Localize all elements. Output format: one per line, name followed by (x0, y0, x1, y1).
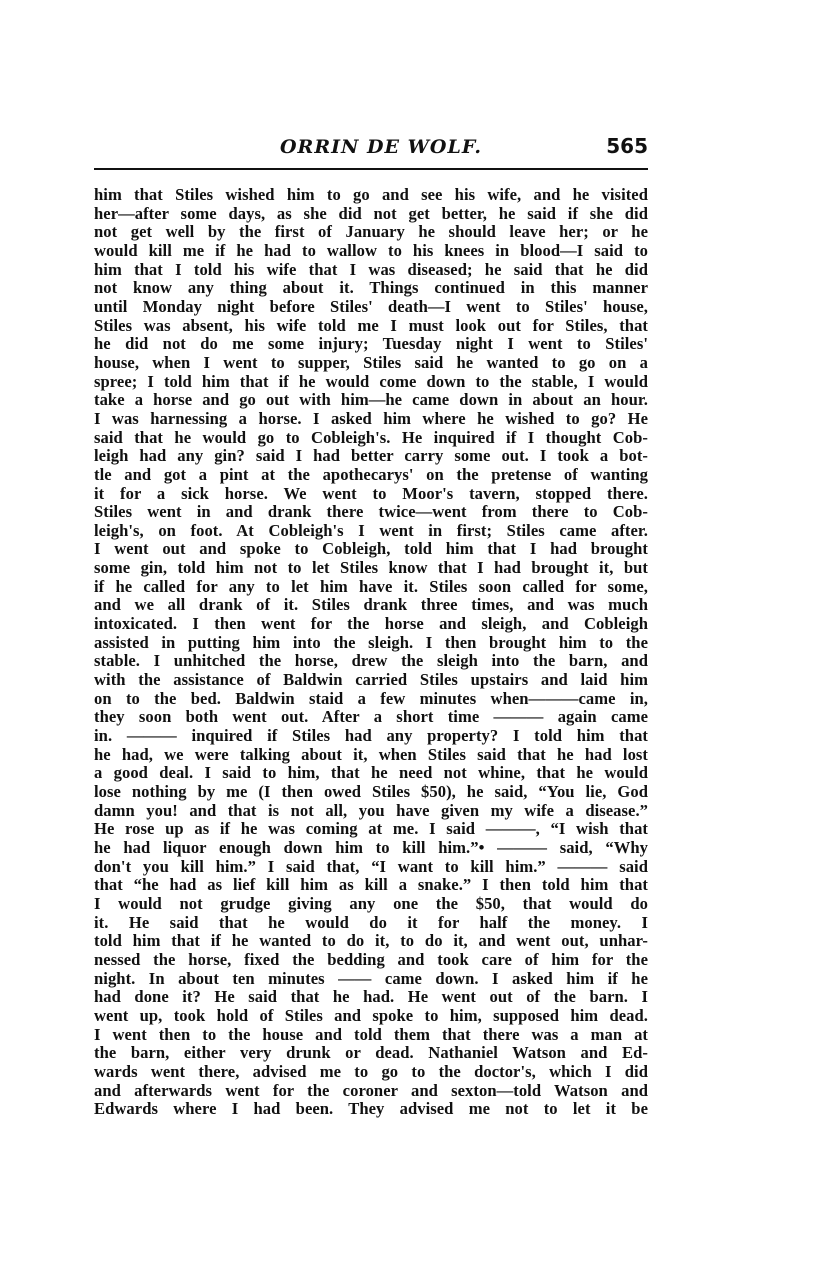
text-line: if he called for any to let him have it.… (94, 578, 648, 597)
text-line: I would not grudge giving any one the $5… (94, 895, 648, 914)
book-page: ORRIN DE WOLF. 565 him that Stiles wishe… (94, 130, 648, 164)
text-line: lose nothing by me (I then owed Stiles $… (94, 783, 648, 802)
text-line: a good deal. I said to him, that he need… (94, 764, 648, 783)
text-line: he had liquor enough down him to kill hi… (94, 839, 648, 858)
text-line: on to the bed. Baldwin staid a few minut… (94, 690, 648, 709)
text-line: Stiles went in and drank there twice—wen… (94, 503, 648, 522)
text-line: nessed the horse, fixed the bedding and … (94, 951, 648, 970)
text-line: take a horse and go out with him—he came… (94, 391, 648, 410)
text-line: he had, we were talking about it, when S… (94, 746, 648, 765)
header-rule (94, 168, 648, 170)
text-line: He rose up as if he was coming at me. I … (94, 820, 648, 839)
text-line: damn you! and that is not all, you have … (94, 802, 648, 821)
text-line: him that I told his wife that I was dise… (94, 261, 648, 280)
text-line: the barn, either very drunk or dead. Nat… (94, 1044, 648, 1063)
text-line: he did not do me some injury; Tuesday ni… (94, 335, 648, 354)
text-line: with the assistance of Baldwin carried S… (94, 671, 648, 690)
body-text: him that Stiles wished him to go and see… (94, 186, 648, 1119)
text-line: leigh's, on foot. At Cobleigh's I went i… (94, 522, 648, 541)
text-line: some gin, told him not to let Stiles kno… (94, 559, 648, 578)
text-line: I went then to the house and told them t… (94, 1026, 648, 1045)
text-line: leigh had any gin? said I had better car… (94, 447, 648, 466)
text-line: said that he would go to Cobleigh's. He … (94, 429, 648, 448)
text-line: not know any thing about it. Things cont… (94, 279, 648, 298)
text-line: not get well by the first of January he … (94, 223, 648, 242)
text-line: and we all drank of it. Stiles drank thr… (94, 596, 648, 615)
text-line: Edwards where I had been. They advised m… (94, 1100, 648, 1119)
text-line: that “he had as lief kill him as kill a … (94, 876, 648, 895)
text-line: assisted in putting him into the sleigh.… (94, 634, 648, 653)
text-line: wards went there, advised me to go to th… (94, 1063, 648, 1082)
text-line: had done it? He said that he had. He wen… (94, 988, 648, 1007)
text-line: tle and got a pint at the apothecarys' o… (94, 466, 648, 485)
text-line: and afterwards went for the coroner and … (94, 1082, 648, 1101)
text-line: it. He said that he would do it for half… (94, 914, 648, 933)
text-line: Stiles was absent, his wife told me I mu… (94, 317, 648, 336)
text-line: don't you kill him.” I said that, “I wan… (94, 858, 648, 877)
text-line: told him that if he wanted to do it, to … (94, 932, 648, 951)
text-line: him that Stiles wished him to go and see… (94, 186, 648, 205)
text-line: went up, took hold of Stiles and spoke t… (94, 1007, 648, 1026)
text-line: in. ——— inquired if Stiles had any prope… (94, 727, 648, 746)
text-line: I was harnessing a horse. I asked him wh… (94, 410, 648, 429)
text-line: spree; I told him that if he would come … (94, 373, 648, 392)
text-line: her—after some days, as she did not get … (94, 205, 648, 224)
text-line: I went out and spoke to Cobleigh, told h… (94, 540, 648, 559)
text-line: would kill me if he had to wallow to his… (94, 242, 648, 261)
text-line: they soon both went out. After a short t… (94, 708, 648, 727)
running-head: ORRIN DE WOLF. 565 (94, 130, 648, 164)
page-number: 565 (606, 134, 648, 158)
text-line: intoxicated. I then went for the horse a… (94, 615, 648, 634)
text-line: it for a sick horse. We went to Moor's t… (94, 485, 648, 504)
running-title: ORRIN DE WOLF. (280, 136, 482, 158)
text-line: night. In about ten minutes —— came down… (94, 970, 648, 989)
text-line: until Monday night before Stiles' death—… (94, 298, 648, 317)
text-line: house, when I went to supper, Stiles sai… (94, 354, 648, 373)
text-line: stable. I unhitched the horse, drew the … (94, 652, 648, 671)
